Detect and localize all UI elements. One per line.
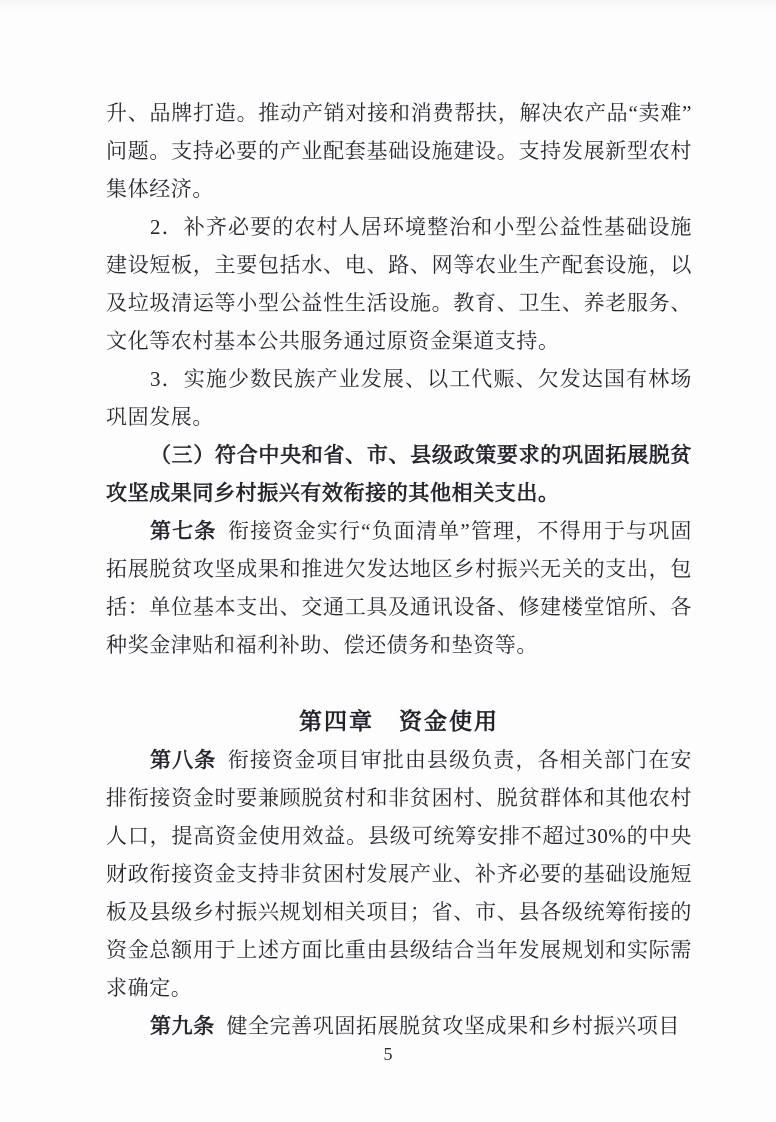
- article-9-label: 第九条: [150, 1014, 215, 1038]
- article-8-label: 第八条: [150, 748, 216, 772]
- paragraph-article-8: 第八条衔接资金项目审批由县级负责，各相关部门在安排衔接资金时要兼顾脱贫村和非贫困…: [106, 741, 692, 1007]
- chapter-heading: 第四章 资金使用: [106, 702, 692, 741]
- document-page: 升、品牌打造。推动产销对接和消费帮扶，解决农产品“卖难”问题。支持必要的产业配套…: [0, 0, 776, 1122]
- paragraph-article-7: 第七条衔接资金实行“负面清单”管理，不得用于与巩固拓展脱贫攻坚成果和推进欠发达地…: [106, 512, 692, 664]
- article-9-text: 健全完善巩固拓展脱贫攻坚成果和乡村振兴项目: [226, 1014, 680, 1038]
- article-8-text: 衔接资金项目审批由县级负责，各相关部门在安排衔接资金时要兼顾脱贫村和非贫困村、脱…: [106, 748, 692, 1000]
- paragraph-item-3: 3．实施少数民族产业发展、以工代赈、欠发达国有林场巩固发展。: [106, 360, 692, 436]
- paragraph-item-2: 2．补齐必要的农村人居环境整治和小型公益性基础设施建设短板，主要包括水、电、路、…: [106, 208, 692, 360]
- paragraph-continuation: 升、品牌打造。推动产销对接和消费帮扶，解决农产品“卖难”问题。支持必要的产业配套…: [106, 94, 692, 208]
- page-number: 5: [0, 1043, 776, 1065]
- scan-edge-artifact: [0, 0, 776, 13]
- paragraph-article-9: 第九条健全完善巩固拓展脱贫攻坚成果和乡村振兴项目: [106, 1007, 692, 1045]
- document-body: 升、品牌打造。推动产销对接和消费帮扶，解决农产品“卖难”问题。支持必要的产业配套…: [106, 94, 692, 1045]
- article-7-label: 第七条: [150, 519, 217, 543]
- paragraph-clause-three: （三）符合中央和省、市、县级政策要求的巩固拓展脱贫攻坚成果同乡村振兴有效衔接的其…: [106, 436, 692, 512]
